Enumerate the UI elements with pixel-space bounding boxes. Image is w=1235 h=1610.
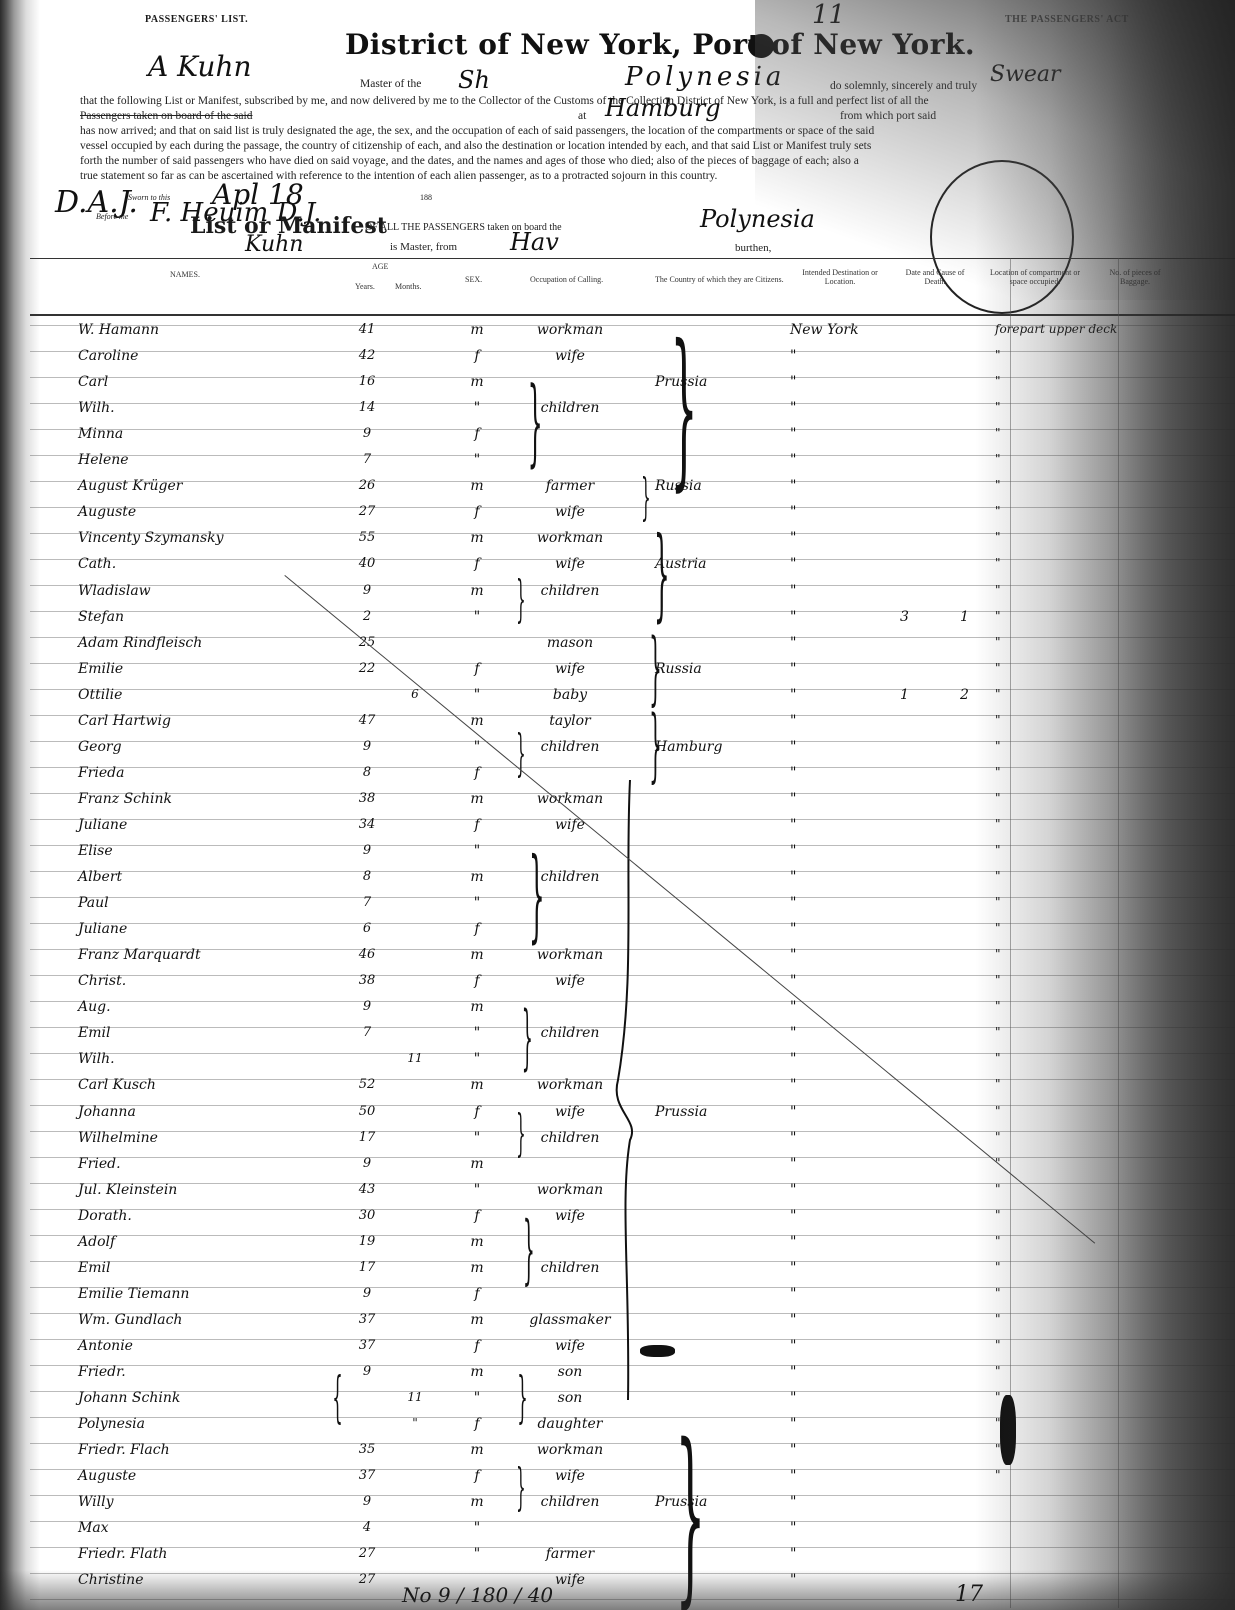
passenger-age-years: 43	[352, 1182, 382, 1197]
passenger-country: Hamburg	[655, 739, 722, 755]
passenger-occupation: workman	[520, 322, 620, 338]
oath-line-3-left: Passengers taken on board of the said	[80, 110, 252, 122]
passenger-name: Juliane	[78, 817, 127, 833]
passenger-name: Franz Marquardt	[78, 947, 201, 963]
passenger-sex: "	[462, 687, 492, 703]
passenger-sex: f	[462, 348, 492, 364]
passenger-age-years: 34	[352, 817, 382, 832]
passenger-age-years: 47	[352, 713, 382, 728]
passenger-destination: "	[790, 1520, 796, 1536]
passenger-destination: "	[790, 1208, 796, 1224]
passenger-destination: "	[790, 1364, 796, 1380]
passenger-destination: "	[790, 1025, 796, 1041]
col-months: Months.	[395, 282, 421, 291]
passenger-country: Russia	[655, 661, 702, 677]
passenger-age-years: 9	[352, 843, 382, 858]
passenger-name: Juliane	[78, 921, 127, 937]
passenger-occupation: wife	[520, 556, 620, 572]
passenger-destination: "	[790, 583, 796, 599]
passenger-name: Paul	[78, 895, 109, 911]
passenger-sex: m	[462, 1442, 492, 1458]
passengers-list-label: PASSENGERS' LIST.	[145, 14, 248, 25]
passenger-name: Carl	[78, 374, 108, 390]
family-brace: }	[654, 524, 670, 624]
col-names: NAMES.	[170, 270, 200, 279]
passenger-destination: "	[790, 895, 796, 911]
passenger-sex: "	[462, 895, 492, 911]
passenger-name: Aug.	[78, 999, 111, 1015]
passenger-destination: New York	[790, 322, 859, 338]
passenger-sex: f	[462, 817, 492, 833]
passenger-name: Carl Hartwig	[78, 713, 171, 729]
passenger-age-years: 41	[352, 322, 382, 337]
children-brace: }	[516, 574, 526, 624]
passenger-name: Franz Schink	[78, 791, 172, 807]
master-signature: A Kuhn	[148, 50, 252, 83]
passenger-name: Wm. Gundlach	[78, 1312, 182, 1328]
passenger-destination: "	[790, 1442, 796, 1458]
passenger-sex: f	[462, 921, 492, 937]
passenger-name: Caroline	[78, 348, 138, 364]
passenger-age-years: 42	[352, 348, 382, 363]
passenger-name: Wladislaw	[78, 583, 151, 599]
passenger-sex: m	[462, 530, 492, 546]
passenger-name: Wilh.	[78, 400, 115, 416]
passenger-age-years: 7	[352, 895, 382, 910]
passenger-age-months: 11	[400, 1390, 430, 1404]
from-port: Hav	[510, 228, 559, 256]
passenger-sex: m	[462, 869, 492, 885]
passenger-age-years: 8	[352, 765, 382, 780]
passenger-destination: "	[790, 687, 796, 703]
departure-port: Hamburg	[605, 94, 721, 122]
passenger-name: Polynesia	[78, 1416, 145, 1432]
passenger-sex: f	[462, 1104, 492, 1120]
passenger-sex: m	[462, 374, 492, 390]
passenger-age-years: 26	[352, 478, 382, 493]
family-brace: }	[641, 472, 651, 522]
passenger-name: Emil	[78, 1260, 110, 1276]
passenger-age-years: 17	[352, 1260, 382, 1275]
passenger-sex: m	[462, 1234, 492, 1250]
children-brace: }	[516, 1108, 526, 1158]
passenger-occupation: farmer	[520, 478, 620, 494]
passenger-occupation: children	[520, 583, 620, 599]
passenger-destination: "	[790, 661, 796, 677]
passenger-occupation: wife	[520, 504, 620, 520]
passenger-age-years: 9	[352, 1156, 382, 1171]
passenger-destination: "	[790, 478, 796, 494]
passenger-sex: "	[462, 843, 492, 859]
passenger-destination: "	[790, 1286, 796, 1302]
passenger-destination: "	[790, 374, 796, 390]
passenger-name: Adolf	[78, 1234, 115, 1250]
passenger-sex: m	[462, 478, 492, 494]
passenger-age-years: 37	[352, 1312, 382, 1327]
passenger-destination: "	[790, 973, 796, 989]
passenger-destination: "	[790, 739, 796, 755]
passenger-sex: f	[462, 1416, 492, 1432]
passenger-age-years: 46	[352, 947, 382, 962]
passenger-name: Emilie Tiemann	[78, 1286, 189, 1302]
passenger-occupation: taylor	[520, 713, 620, 729]
passenger-destination: "	[790, 1260, 796, 1276]
passenger-age-years: 19	[352, 1234, 382, 1249]
passenger-age-years: 16	[352, 374, 382, 389]
passenger-name: Friedr.	[78, 1364, 126, 1380]
passenger-sex: "	[462, 1025, 492, 1041]
passenger-age-years: 22	[352, 661, 382, 676]
passenger-died-count: 3	[900, 609, 909, 625]
passenger-age-years: 9	[352, 739, 382, 754]
passenger-destination: "	[790, 426, 796, 442]
passenger-name: Friedr. Flach	[78, 1442, 170, 1458]
passenger-sex: f	[462, 765, 492, 781]
passenger-name: Adam Rindfleisch	[78, 635, 202, 651]
passenger-sex: m	[462, 999, 492, 1015]
passenger-sex: f	[462, 1338, 492, 1354]
twin-brace: }	[517, 1370, 528, 1425]
passenger-age-years: 50	[352, 1104, 382, 1119]
family-brace: }	[649, 705, 662, 785]
passenger-sex: "	[462, 1546, 492, 1562]
passenger-name: Ottilie	[78, 687, 122, 703]
manifest-page: PASSENGERS' LIST. THE PASSENGERS' ACT 11…	[0, 0, 1235, 1610]
passenger-sex: m	[462, 322, 492, 338]
passenger-sex: m	[462, 947, 492, 963]
passenger-name: Max	[78, 1520, 109, 1536]
before-label: Before me	[96, 212, 128, 221]
passenger-name: Wilhelmine	[78, 1130, 158, 1146]
passenger-age-years: 7	[352, 1025, 382, 1040]
passenger-occupation: daughter	[520, 1416, 620, 1432]
passenger-age-months: 6	[400, 687, 430, 701]
passenger-name: Frieda	[78, 765, 124, 781]
passenger-name: Elise	[78, 843, 113, 859]
passenger-destination: "	[790, 400, 796, 416]
passenger-destination: "	[790, 1338, 796, 1354]
passenger-sex: m	[462, 1156, 492, 1172]
passenger-sex: f	[462, 661, 492, 677]
passenger-name: Dorath.	[78, 1208, 132, 1224]
passenger-age-years: 40	[352, 556, 382, 571]
passenger-age-years: 2	[352, 609, 382, 624]
passenger-occupation: baby	[520, 687, 620, 703]
passenger-name: Friedr. Flath	[78, 1546, 167, 1562]
passenger-age-years: 35	[352, 1442, 382, 1457]
scan-shadow-right	[975, 0, 1235, 1610]
passenger-name: Georg	[78, 739, 122, 755]
passenger-destination: "	[790, 635, 796, 651]
passenger-sex: f	[462, 973, 492, 989]
passenger-age-years: 38	[352, 973, 382, 988]
passenger-destination: "	[790, 1468, 796, 1484]
passenger-name: Carl Kusch	[78, 1077, 156, 1093]
passenger-sex: "	[462, 452, 492, 468]
passenger-sex: "	[462, 1130, 492, 1146]
passenger-name: Christ.	[78, 973, 126, 989]
passenger-occupation: wife	[520, 348, 620, 364]
passenger-name: Helene	[78, 452, 129, 468]
passenger-occupation: children	[520, 1494, 620, 1510]
passenger-age-years: 30	[352, 1208, 382, 1223]
passenger-destination: "	[790, 609, 796, 625]
passenger-name: Johann Schink	[78, 1390, 180, 1406]
passenger-destination: "	[790, 1546, 796, 1562]
passenger-sex: "	[462, 609, 492, 625]
passenger-name: Willy	[78, 1494, 114, 1510]
passenger-destination: "	[790, 1182, 796, 1198]
passenger-sex: m	[462, 1260, 492, 1276]
passenger-occupation: wife	[520, 661, 620, 677]
passenger-age-years: 9	[352, 999, 382, 1014]
passenger-destination: "	[790, 999, 796, 1015]
passenger-destination: "	[790, 921, 796, 937]
master-of-the-label: Master of the	[360, 78, 421, 90]
passenger-destination: "	[790, 1234, 796, 1250]
passenger-destination: "	[790, 504, 796, 520]
passenger-sex: "	[462, 1520, 492, 1536]
passenger-age-years: 6	[352, 921, 382, 936]
passenger-name: Jul. Kleinstein	[78, 1182, 177, 1198]
passenger-sex: m	[462, 791, 492, 807]
passenger-destination: "	[790, 713, 796, 729]
passenger-destination: "	[790, 1051, 796, 1067]
passenger-age-years: 17	[352, 1130, 382, 1145]
passenger-destination: "	[790, 1390, 796, 1406]
passenger-name: Minna	[78, 426, 123, 442]
passenger-destination: "	[790, 765, 796, 781]
passenger-destination: "	[790, 869, 796, 885]
year-label: 188	[420, 193, 432, 202]
passenger-name: Stefan	[78, 609, 124, 625]
passenger-name: Albert	[78, 869, 122, 885]
passenger-name: Fried.	[78, 1156, 121, 1172]
children-brace: }	[516, 1462, 526, 1512]
passenger-sex: m	[462, 1312, 492, 1328]
passenger-destination: "	[790, 791, 796, 807]
oath-line-3-at: at	[578, 110, 586, 122]
passenger-destination: "	[790, 843, 796, 859]
group-connector-line	[600, 780, 660, 1400]
children-brace: }	[522, 1002, 533, 1072]
family-brace: }	[649, 628, 662, 708]
passenger-destination: "	[790, 348, 796, 364]
passenger-sex: m	[462, 1077, 492, 1093]
passenger-sex: m	[462, 583, 492, 599]
passenger-age-years: 27	[352, 1546, 382, 1561]
passenger-age-years: 52	[352, 1077, 382, 1092]
passenger-died-detail: 2	[960, 687, 969, 703]
passenger-died-detail: 1	[960, 609, 969, 625]
passenger-name: Cath.	[78, 556, 116, 572]
passenger-occupation: workman	[520, 530, 620, 546]
passenger-died-count: 1	[900, 687, 909, 703]
passenger-sex: f	[462, 1286, 492, 1302]
passenger-occupation: workman	[520, 1442, 620, 1458]
children-brace: }	[523, 1212, 535, 1287]
passenger-name: W. Hamann	[78, 322, 159, 338]
passenger-age-years: 14	[352, 400, 382, 415]
passenger-age-years: 8	[352, 869, 382, 884]
passenger-name: Emil	[78, 1025, 110, 1041]
is-master-from: is Master, from	[390, 241, 457, 253]
passenger-age-years: 37	[352, 1468, 382, 1483]
passenger-sex: "	[462, 1051, 492, 1067]
passenger-sex: "	[462, 1182, 492, 1198]
passenger-destination: "	[790, 530, 796, 546]
passenger-name: Antonie	[78, 1338, 133, 1354]
col-age: AGE	[372, 262, 388, 271]
passenger-destination: "	[790, 947, 796, 963]
passenger-sex: f	[462, 426, 492, 442]
passenger-sex: f	[462, 504, 492, 520]
passenger-age-years: 9	[352, 426, 382, 441]
passenger-age-years: 37	[352, 1338, 382, 1353]
passenger-sex: f	[462, 1468, 492, 1484]
col-sex: SEX.	[465, 275, 482, 284]
passenger-age-years: 9	[352, 1494, 382, 1509]
passenger-occupation: wife	[520, 1468, 620, 1484]
passenger-age-years: 38	[352, 791, 382, 806]
passenger-sex: "	[462, 1390, 492, 1406]
ink-stain	[640, 1345, 675, 1357]
family-brace: }	[671, 323, 698, 493]
passenger-occupation: children	[520, 739, 620, 755]
passenger-destination: "	[790, 556, 796, 572]
passenger-sex: f	[462, 1208, 492, 1224]
col-years: Years.	[355, 282, 375, 291]
passenger-name: Auguste	[78, 1468, 136, 1484]
children-brace: }	[529, 845, 545, 945]
passenger-occupation: mason	[520, 635, 620, 651]
children-brace: }	[528, 375, 543, 470]
passenger-age-months: 11	[400, 1051, 430, 1065]
manifest-master-name: Kuhn	[245, 232, 303, 257]
passenger-age-years: 7	[352, 452, 382, 467]
passenger-destination: "	[790, 1312, 796, 1328]
ship-prefix: Sh	[458, 66, 490, 94]
passenger-destination: "	[790, 1130, 796, 1146]
col-occupation: Occupation of Calling.	[530, 275, 603, 284]
passenger-country: Prussia	[655, 1104, 707, 1120]
passenger-name: August Krüger	[78, 478, 182, 494]
passenger-sex: "	[462, 400, 492, 416]
passenger-destination: "	[790, 1104, 796, 1120]
passenger-age-years: 27	[352, 504, 382, 519]
passenger-destination: "	[790, 1077, 796, 1093]
twin-brace: }	[332, 1370, 343, 1425]
scan-shadow-bottom	[0, 1570, 1235, 1610]
passenger-destination: "	[790, 1416, 796, 1432]
passenger-destination: "	[790, 817, 796, 833]
passenger-name: Emilie	[78, 661, 123, 677]
passenger-age-years: 55	[352, 530, 382, 545]
passenger-name: Johanna	[78, 1104, 136, 1120]
passenger-age-months: "	[400, 1416, 430, 1430]
passenger-age-years: 9	[352, 1286, 382, 1301]
passenger-name: Auguste	[78, 504, 136, 520]
passenger-age-years: 4	[352, 1520, 382, 1535]
passenger-sex: m	[462, 1494, 492, 1510]
passenger-destination: "	[790, 452, 796, 468]
passenger-sex: f	[462, 556, 492, 572]
passenger-age-years: 9	[352, 1364, 382, 1379]
passenger-name: Wilh.	[78, 1051, 115, 1067]
passenger-sex: m	[462, 1364, 492, 1380]
passenger-age-years: 9	[352, 583, 382, 598]
passenger-occupation: farmer	[520, 1546, 620, 1562]
passenger-name: Vincenty Szymansky	[78, 530, 224, 546]
passenger-destination: "	[790, 1494, 796, 1510]
passenger-destination: "	[790, 1156, 796, 1172]
